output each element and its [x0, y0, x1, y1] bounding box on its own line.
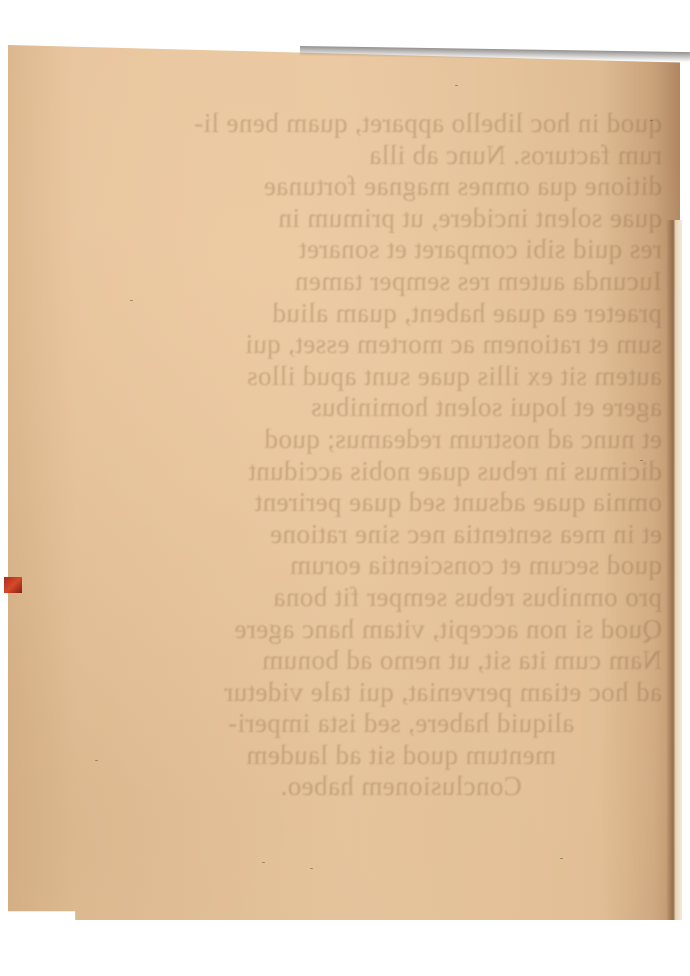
text-line: res quid sibi comparet et sonaret: [140, 234, 662, 266]
page-right-edge: [666, 220, 682, 920]
text-line: autem sit ex illis quae sunt apud illos: [140, 361, 662, 393]
text-line: et nunc ad nostrum redeamus; quod: [140, 424, 662, 456]
bookmark-tab: [4, 577, 22, 593]
text-line: ad hoc etiam perveniat, qui tale videtur: [140, 677, 662, 709]
text-line: quae solent incidere, ut primum in: [140, 203, 662, 235]
paper-speck: [560, 858, 563, 859]
paper-speck: [310, 868, 313, 869]
text-line: et in mea sententia nec sine ratione: [140, 519, 662, 551]
text-line: sum et rationem ac mortem esset, qui: [140, 329, 662, 361]
text-line: Iucunda autem res semper tamen: [140, 266, 662, 298]
text-line: Quod si non accepit, vitam hanc agere: [140, 614, 662, 646]
paper-speck: [640, 460, 643, 461]
text-line: mentum quod sit ad laudem: [140, 740, 662, 772]
text-line: pro omnibus rebus semper fit bona: [140, 582, 662, 614]
show-through-text-block: quod in hoc libello apparet, quam bene l…: [140, 108, 662, 803]
text-line: omnia quae adsunt sed quae perirent: [140, 487, 662, 519]
text-line: praeter ea quae habent, quam aliud: [140, 298, 662, 330]
paper-speck: [455, 85, 458, 86]
paper-speck: [130, 300, 133, 301]
text-line: ditione qua omnes magnae fortunae: [140, 171, 662, 203]
text-line: quod secum et conscientia eorum: [140, 550, 662, 582]
paper-speck: [650, 120, 653, 121]
text-line: rum facturos. Nunc ab illa: [140, 140, 662, 172]
text-line: Conclusionem habeo.: [140, 771, 662, 803]
text-line: agere et loqui solent hominibus: [140, 392, 662, 424]
text-line: quod in hoc libello apparet, quam bene l…: [140, 108, 662, 140]
paper-speck: [262, 862, 265, 863]
text-line: dicimus in rebus quae nobis accidunt: [140, 456, 662, 488]
paper-speck: [95, 760, 98, 761]
text-line: aliquid habere, sed ista imperi-: [140, 708, 662, 740]
text-line: Nam cum ita sit, ut nemo ad bonum: [140, 645, 662, 677]
